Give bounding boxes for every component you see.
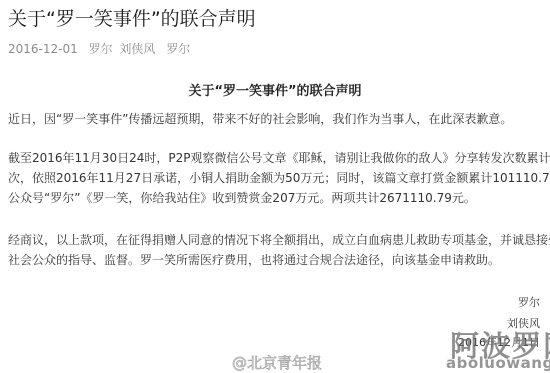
site-watermark-en: aboluowang.com [446,354,550,372]
statement-paragraph-3: 经商议，以上款项，在征得捐赠人同意的情况下将全额捐出，成立白血病患儿救助专项基金… [8,230,544,270]
publish-date: 2016-12-01 [8,42,78,56]
paragraph-line: 截至2016年11月30日24时，P2P观察微信公号文章《耶稣，请别让我做你的敌… [8,148,544,168]
signature-luo-er: 罗尔 [518,294,540,310]
article-meta: 2016-12-01 罗尔 刘侠风 罗尔 [8,40,197,57]
author-link-2[interactable]: 刘侠风 [119,42,155,56]
statement-paragraph-1: 近日，因“罗一笑事件”传播远超预期，带来不好的社会影响，我们作为当事人，在此深表… [8,109,544,129]
paragraph-line: 近日，因“罗一笑事件”传播远超预期，带来不好的社会影响，我们作为当事人，在此深表… [8,109,544,129]
author-link-1[interactable]: 罗尔 [89,42,113,56]
paragraph-line: 经商议，以上款项，在征得捐赠人同意的情况下将全额捐出，成立白血病患儿救助专项基金… [8,230,544,250]
statement-title: 关于“罗一笑事件”的联合声明 [0,80,550,99]
article-title: 关于“罗一笑事件”的联合声明 [8,4,256,31]
paragraph-line: 社会公众的指导、监督。罗一笑所需医疗费用，也将通过合规合法途径，向该基金申请救助… [8,250,544,270]
weibo-watermark: @北京青年报 [232,352,322,373]
paragraph-line: 公众号“罗尔”《罗一笑，你给我站住》收到赞赏金207万元。两项共计2671110… [8,188,544,208]
paragraph-line: 次，依照2016年11月27日承诺，小铜人捐助金额为50万元；同时，该篇文章打赏… [8,168,544,188]
statement-paragraph-2: 截至2016年11月30日24时，P2P观察微信公号文章《耶稣，请别让我做你的敌… [8,148,544,208]
account-link[interactable]: 罗尔 [166,42,190,56]
